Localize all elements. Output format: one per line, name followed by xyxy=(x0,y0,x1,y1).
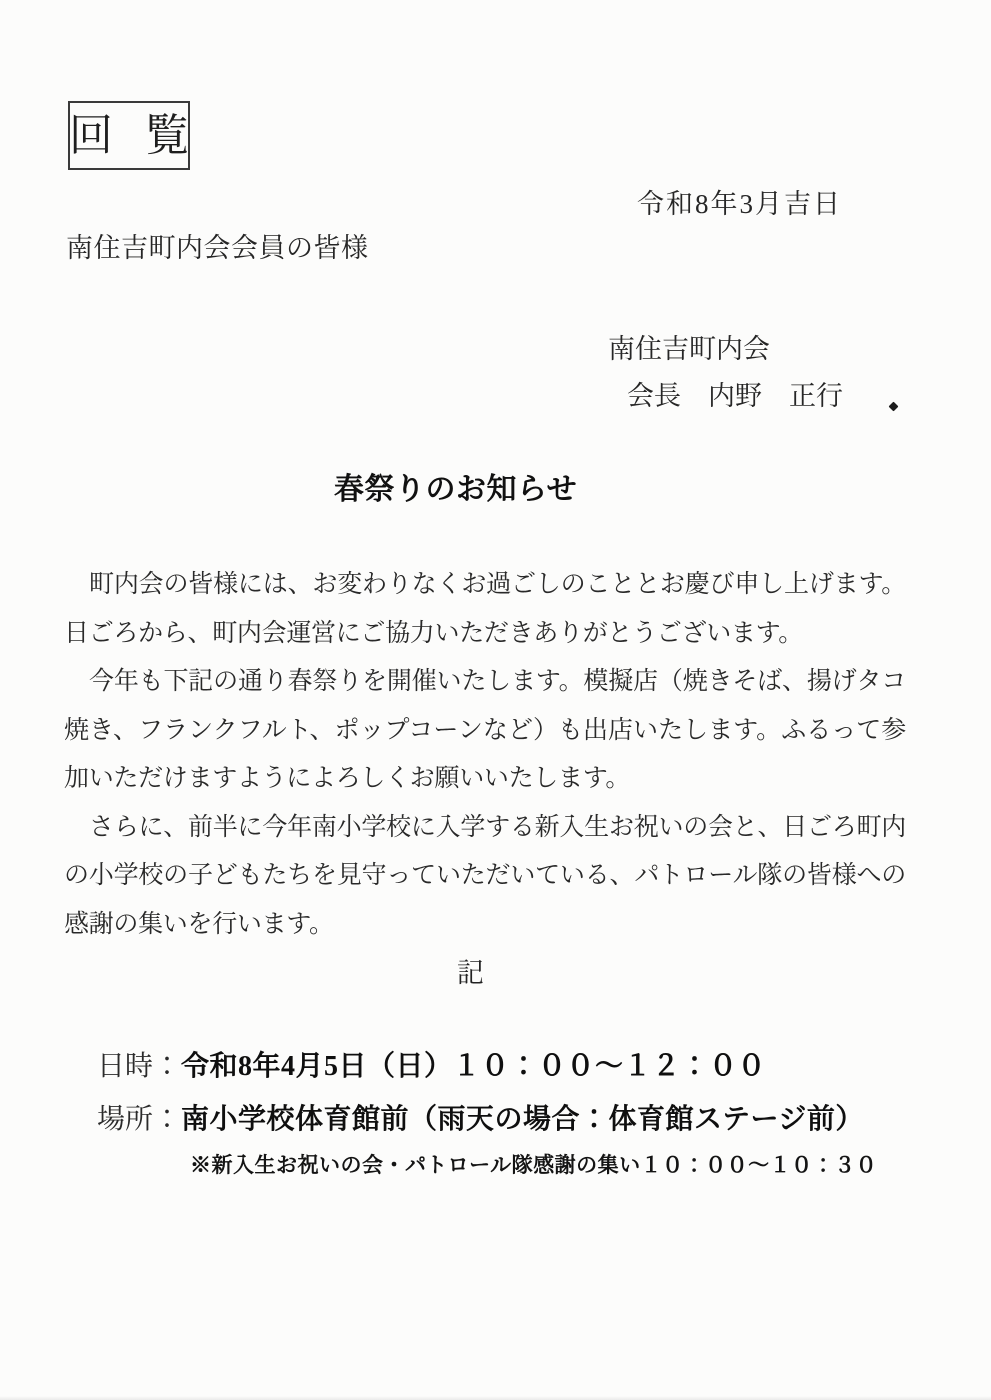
sender-chairman: 会長 内野 正行 xyxy=(627,374,843,413)
scan-artifact-dot xyxy=(889,402,899,412)
circulation-stamp-label: 回覧 xyxy=(69,114,221,158)
sender-organization: 南住吉町内会 xyxy=(608,327,770,366)
place-value: 南小学校体育館前（雨天の場合：体育館ステージ前） xyxy=(181,1104,864,1135)
event-datetime-line: 日時：令和8年4月5日（日）１０：００～１２：００ xyxy=(97,1040,864,1093)
body-paragraph-festival: 今年も下記の通り春祭りを開催いたします。模擬店（焼きそば、揚げタコ焼き、フランク… xyxy=(64,658,906,804)
document-page: 回覧 令和8年3月吉日 南住吉町内会会員の皆様 南住吉町内会 会長 内野 正行 … xyxy=(0,0,991,1400)
issue-date: 令和8年3月吉日 xyxy=(637,182,842,221)
event-note: ※新入生お祝いの会・パトロール隊感謝の集い１０：００～１０：３０ xyxy=(190,1149,877,1179)
event-details: 日時：令和8年4月5日（日）１０：００～１２：００ 場所：南小学校体育館前（雨天… xyxy=(97,1040,864,1146)
scan-edge-shadow xyxy=(0,1396,991,1400)
event-place-line: 場所：南小学校体育館前（雨天の場合：体育館ステージ前） xyxy=(97,1093,864,1146)
circulation-stamp: 回覧 xyxy=(68,101,190,170)
body-text: 町内会の皆様には、お変わりなくお過ごしのこととお慶び申し上げます。日ごろから、町… xyxy=(64,561,906,949)
body-paragraph-ceremony: さらに、前半に今年南小学校に入学する新入生お祝いの会と、日ごろ町内の小学校の子ど… xyxy=(64,804,906,950)
addressee: 南住吉町内会会員の皆様 xyxy=(66,226,369,265)
document-title: 春祭りのお知らせ xyxy=(334,464,577,508)
record-marker: 記 xyxy=(457,951,484,990)
datetime-value: 令和8年4月5日（日）１０：００～１２：００ xyxy=(181,1051,766,1082)
datetime-label: 日時： xyxy=(97,1051,181,1082)
body-paragraph-greeting: 町内会の皆様には、お変わりなくお過ごしのこととお慶び申し上げます。日ごろから、町… xyxy=(64,561,906,658)
place-label: 場所： xyxy=(97,1104,181,1135)
